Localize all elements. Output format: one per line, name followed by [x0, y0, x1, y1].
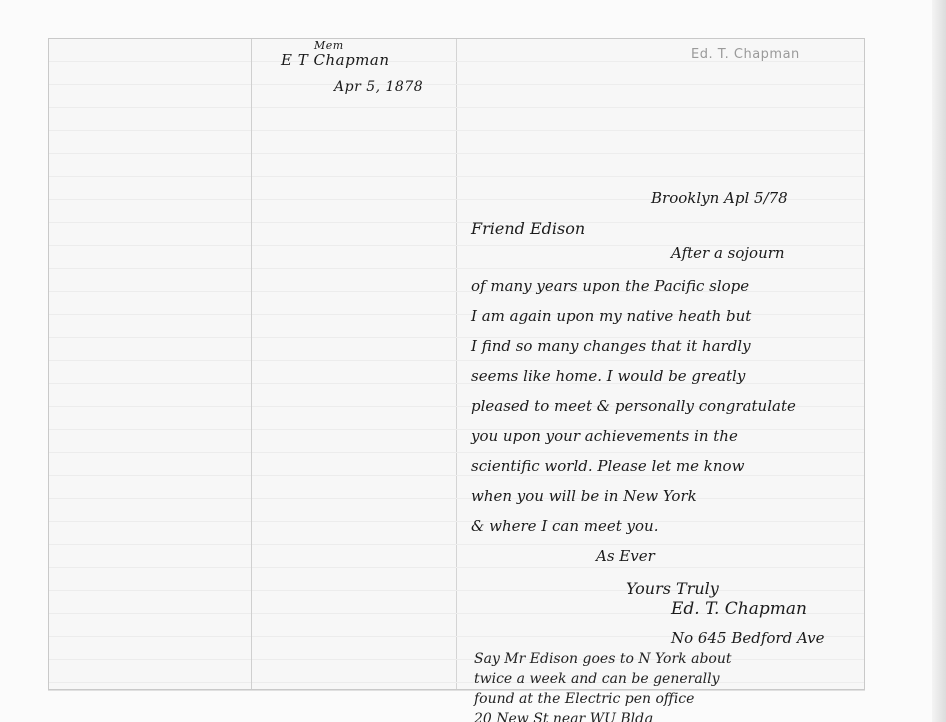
- scanner-edge: [932, 0, 946, 722]
- fold-line: [251, 39, 252, 689]
- body-line: of many years upon the Pacific slope: [471, 277, 749, 295]
- letter-body: Brooklyn Apl 5/78 Friend Edison After a …: [456, 39, 864, 689]
- body-line: scientific world. Please let me know: [471, 457, 744, 475]
- postscript-line: twice a week and can be generally: [474, 671, 720, 687]
- left-page: 6 Mem E T Chapman Apr 5, 1878: [49, 39, 457, 689]
- postscript-line: 20 New St near WU Bldg: [474, 711, 653, 722]
- body-line: seems like home. I would be greatly: [471, 367, 745, 385]
- signature: Ed. T. Chapman: [671, 599, 807, 619]
- postscript-line: Say Mr Edison goes to N York about: [474, 651, 732, 667]
- docket-date: Apr 5, 1878: [334, 79, 423, 95]
- right-page: Ed. T. Chapman Brooklyn Apl 5/78 Friend …: [456, 39, 864, 689]
- body-line: I find so many changes that it hardly: [471, 337, 751, 355]
- body-line: After a sojourn: [671, 244, 785, 262]
- closing-2: Yours Truly: [626, 579, 719, 598]
- letter-sheet: 6 Mem E T Chapman Apr 5, 1878 Ed. T. Cha…: [48, 38, 865, 690]
- place-date: Brooklyn Apl 5/78: [651, 189, 788, 207]
- body-line: when you will be in New York: [471, 487, 697, 505]
- body-line: you upon your achievements in the: [471, 427, 738, 445]
- closing: As Ever: [596, 547, 655, 565]
- body-line: & where I can meet you.: [471, 517, 659, 535]
- body-line: pleased to meet & personally congratulat…: [471, 397, 796, 415]
- body-line: I am again upon my native heath but: [471, 307, 751, 325]
- address: No 645 Bedford Ave: [671, 629, 825, 647]
- docket-name: E T Chapman: [281, 51, 390, 69]
- salutation: Friend Edison: [471, 219, 585, 238]
- postscript-line: found at the Electric pen office: [474, 691, 694, 707]
